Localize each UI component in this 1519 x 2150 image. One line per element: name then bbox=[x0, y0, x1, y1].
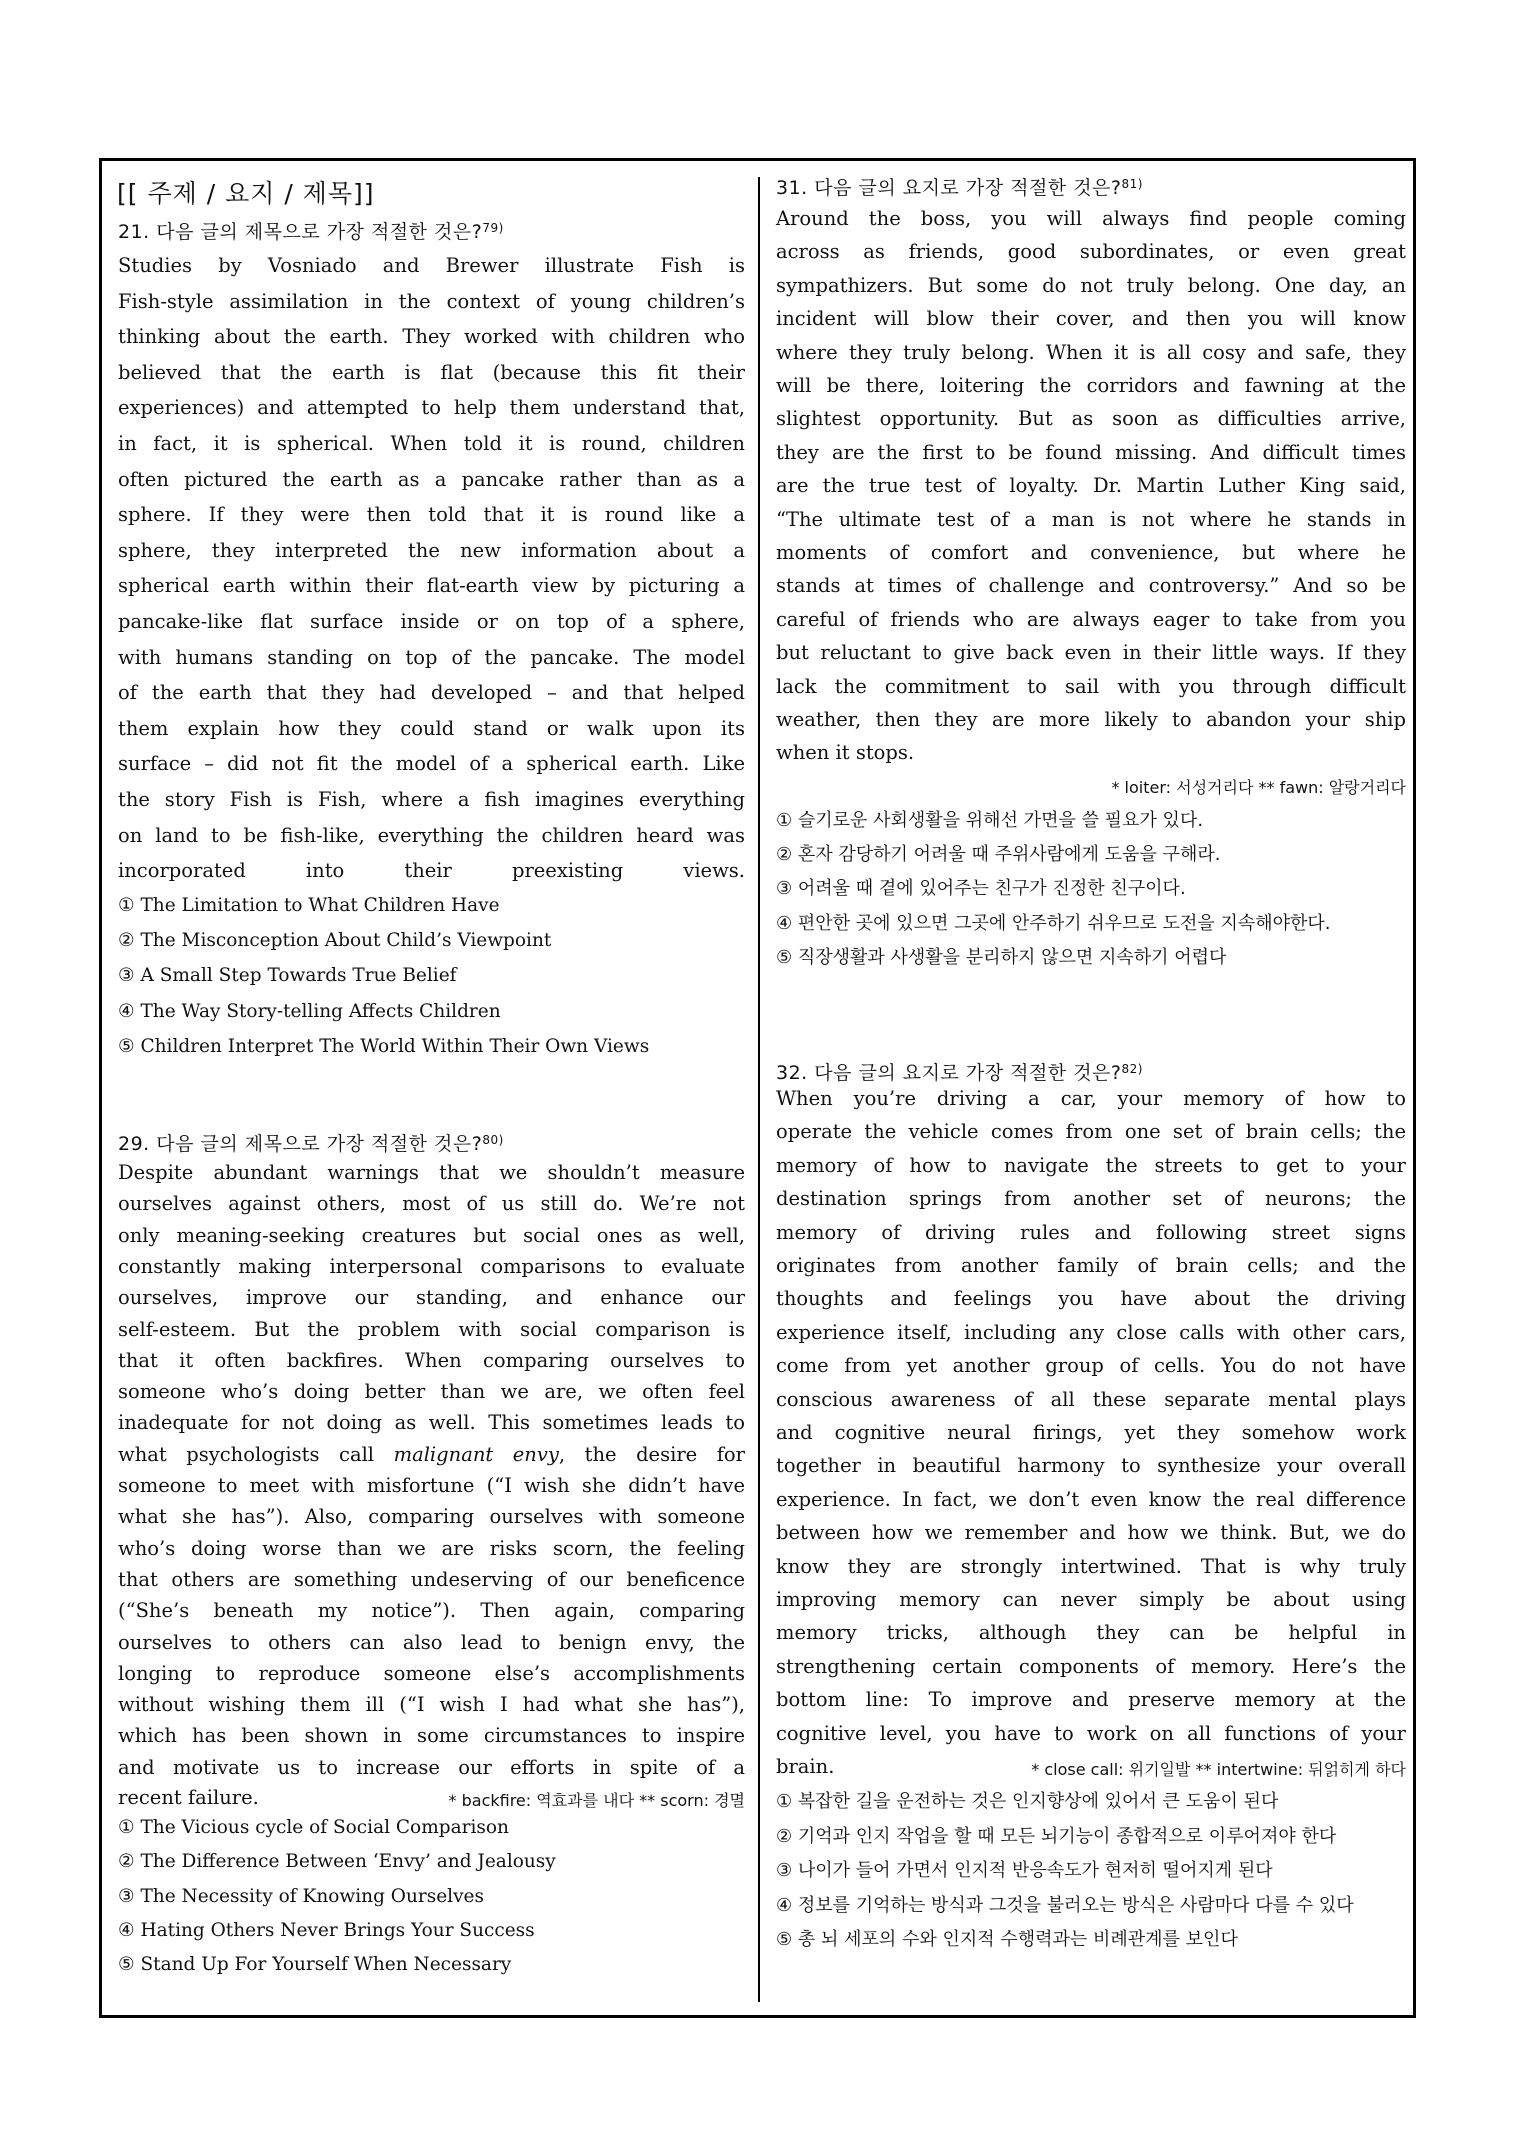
column-divider bbox=[758, 177, 760, 2002]
q31-passage-line: they are the first to be found missing. … bbox=[776, 441, 1406, 464]
q31-passage-line: lack the commitment to sail with you thr… bbox=[776, 675, 1406, 698]
q29-passage-line: Despite abundant warnings that we should… bbox=[118, 1161, 745, 1184]
q21-passage-line: with humans standing on top of the panca… bbox=[118, 646, 745, 669]
q29-passage-line: (“She’s beneath my notice”). Then again,… bbox=[118, 1599, 745, 1622]
q32-last-text: brain. bbox=[776, 1755, 834, 1778]
q21-passage-line: incorporated into their preexisting view… bbox=[118, 859, 745, 882]
q21-passage-line: Fish-style assimilation in the context o… bbox=[118, 290, 745, 313]
q29-passage-line: someone to meet with misfortune (“I wish… bbox=[118, 1474, 745, 1497]
q32-passage-line: conscious awareness of all these separat… bbox=[776, 1388, 1406, 1411]
q32-option-5[interactable]: ⑤ 총 뇌 세포의 수와 인지적 수행력과는 비례관계를 보인다 bbox=[776, 1925, 1238, 1951]
q32-passage-line: memory tricks, although they can be help… bbox=[776, 1621, 1406, 1644]
q21-passage-line: surface – did not fit the model of a sph… bbox=[118, 752, 745, 775]
q32-passage-line: improving memory can never simply be abo… bbox=[776, 1588, 1406, 1611]
q32-passage-line: strengthening certain components of memo… bbox=[776, 1655, 1406, 1678]
q21-passage-line: on land to be fish-like, everything the … bbox=[118, 824, 745, 847]
q29-passage-line: someone who’s doing better than we are, … bbox=[118, 1380, 745, 1403]
q29-passage-line: that others are something undeserving of… bbox=[118, 1568, 745, 1591]
q31-footnote: 81) bbox=[1122, 177, 1143, 191]
q21-option-5[interactable]: ⑤ Children Interpret The World Within Th… bbox=[118, 1036, 649, 1057]
q32-passage-line: When you’re driving a car, your memory o… bbox=[776, 1087, 1406, 1110]
q29-option-4[interactable]: ④ Hating Others Never Brings Your Succes… bbox=[118, 1920, 535, 1941]
q32-passage-line: bottom line: To improve and preserve mem… bbox=[776, 1688, 1406, 1711]
q29-passage-line: longing to reproduce someone else’s acco… bbox=[118, 1662, 745, 1685]
q32-passage-line: destination springs from another set of … bbox=[776, 1187, 1406, 1210]
q32-option-4[interactable]: ④ 정보를 기억하는 방식과 그것을 불러오는 방식은 사람마다 다를 수 있다 bbox=[776, 1891, 1354, 1917]
q32-footnote: 82) bbox=[1122, 1062, 1143, 1076]
q32-passage-line: between how we remember and how we think… bbox=[776, 1521, 1406, 1544]
q29-last-line: recent failure. * backfire: 역효과를 내다 ** s… bbox=[118, 1786, 745, 1809]
q31-passage-line: sympathizers. But some do not truly belo… bbox=[776, 274, 1406, 297]
q21-option-1[interactable]: ① The Limitation to What Children Have bbox=[118, 895, 500, 916]
q31-passage-line: stands at times of challenge and controv… bbox=[776, 574, 1406, 597]
q32-passage-line: and cognitive neural firings, yet they s… bbox=[776, 1421, 1406, 1444]
q32-passage-line: memory of how to navigate the streets to… bbox=[776, 1154, 1406, 1177]
q29-passage-line: inadequate for not doing as well. This s… bbox=[118, 1411, 745, 1434]
q32-heading-text: 32. 다음 글의 요지로 가장 적절한 것은? bbox=[776, 1062, 1122, 1084]
q29-glossary: * backfire: 역효과를 내다 ** scorn: 경멸 bbox=[449, 1788, 745, 1811]
q31-passage-line: “The ultimate test of a man is not where… bbox=[776, 508, 1406, 531]
q29-passage-line: only meaning-seeking creatures but socia… bbox=[118, 1224, 745, 1247]
q32-option-2[interactable]: ② 기억과 인지 작업을 할 때 모든 뇌기능이 종합적으로 이루어져야 한다 bbox=[776, 1822, 1336, 1848]
q32-passage-line: experience itself, including any close c… bbox=[776, 1321, 1406, 1344]
q32-passage-line: thoughts and feelings you have about the… bbox=[776, 1287, 1406, 1310]
q31-option-3[interactable]: ③ 어려울 때 곁에 있어주는 친구가 진정한 친구이다. bbox=[776, 874, 1186, 900]
q32-option-1[interactable]: ① 복잡한 길을 운전하는 것은 인지향상에 있어서 큰 도움이 된다 bbox=[776, 1787, 1278, 1813]
q29-option-1[interactable]: ① The Vicious cycle of Social Comparison bbox=[118, 1817, 509, 1838]
q21-option-4[interactable]: ④ The Way Story-telling Affects Children bbox=[118, 1001, 501, 1022]
q31-passage-line: careful of friends who are always eager … bbox=[776, 608, 1406, 631]
q31-option-5[interactable]: ⑤ 직장생활과 사생활을 분리하지 않으면 지속하기 어렵다 bbox=[776, 943, 1226, 969]
q21-passage-line: spherical earth within their flat-earth … bbox=[118, 574, 745, 597]
q29-passage-line: without wishing them ill (“I wish I had … bbox=[118, 1693, 745, 1716]
q21-passage-line: in fact, it is spherical. When told it i… bbox=[118, 432, 745, 455]
q29-last-text: recent failure. bbox=[118, 1786, 259, 1809]
q21-passage-line: of the earth that they had developed – a… bbox=[118, 681, 745, 704]
q29-passage-line: who’s doing worse than we are risks scor… bbox=[118, 1537, 745, 1560]
q21-option-3[interactable]: ③ A Small Step Towards True Belief bbox=[118, 965, 457, 986]
q21-passage-line: sphere, they interpreted the new informa… bbox=[118, 539, 745, 562]
q32-passage-line: cognitive level, you have to work on all… bbox=[776, 1722, 1406, 1745]
q29-passage-line: what psychologists call malignant envy, … bbox=[118, 1443, 745, 1466]
q21-passage-line: the story Fish is Fish, where a fish ima… bbox=[118, 788, 745, 811]
q32-last-line: brain. * close call: 위기일발 ** intertwine:… bbox=[776, 1755, 1406, 1778]
q29-passage-line: constantly making interpersonal comparis… bbox=[118, 1255, 745, 1278]
q29-passage-line: what she has”). Also, comparing ourselve… bbox=[118, 1505, 745, 1528]
q31-passage-line: where they truly belong. When it is all … bbox=[776, 341, 1406, 364]
q31-heading: 31. 다음 글의 요지로 가장 적절한 것은?81) bbox=[776, 173, 1143, 200]
q29-passage-line: ourselves against others, most of us sti… bbox=[118, 1192, 745, 1215]
q29-heading: 29. 다음 글의 제목으로 가장 적절한 것은?80) bbox=[118, 1129, 504, 1156]
q32-passage-line: operate the vehicle comes from one set o… bbox=[776, 1120, 1406, 1143]
q32-glossary: * close call: 위기일발 ** intertwine: 뒤얽히게 하… bbox=[1031, 1757, 1406, 1780]
q21-passage-line: Studies by Vosniado and Brewer illustrat… bbox=[118, 254, 745, 277]
q31-passage-line: slightest opportunity. But as soon as di… bbox=[776, 407, 1406, 430]
q21-heading-text: 21. 다음 글의 제목으로 가장 적절한 것은? bbox=[118, 221, 482, 243]
q32-option-3[interactable]: ③ 나이가 들어 가면서 인지적 반응속도가 현저히 떨어지게 된다 bbox=[776, 1856, 1273, 1882]
q31-glossary: * loiter: 서성거리다 ** fawn: 알랑거리다 bbox=[776, 775, 1406, 798]
q21-passage-line: thinking about the earth. They worked wi… bbox=[118, 325, 745, 348]
q21-heading: 21. 다음 글의 제목으로 가장 적절한 것은?79) bbox=[118, 217, 504, 244]
q31-option-1[interactable]: ① 슬기로운 사회생활을 위해선 가면을 쓸 필요가 있다. bbox=[776, 806, 1203, 832]
q21-footnote: 79) bbox=[482, 221, 503, 235]
q31-passage-line: will be there, loitering the corridors a… bbox=[776, 374, 1406, 397]
section-heading: [[ 주제 / 요지 / 제목]] bbox=[117, 174, 375, 210]
q21-passage-line: experiences) and attempted to help them … bbox=[118, 396, 745, 419]
q21-passage-line: pancake-like flat surface inside or on t… bbox=[118, 610, 745, 633]
q31-heading-text: 31. 다음 글의 요지로 가장 적절한 것은? bbox=[776, 177, 1122, 199]
q29-passage-line: self-esteem. But the problem with social… bbox=[118, 1318, 745, 1341]
q31-passage-line: across as friends, good subordinates, or… bbox=[776, 240, 1406, 263]
q21-option-2[interactable]: ② The Misconception About Child’s Viewpo… bbox=[118, 930, 551, 951]
q31-passage-line: Around the boss, you will always find pe… bbox=[776, 207, 1406, 230]
q29-option-3[interactable]: ③ The Necessity of Knowing Ourselves bbox=[118, 1886, 484, 1907]
q21-passage-line: believed that the earth is flat (because… bbox=[118, 361, 745, 384]
q31-option-4[interactable]: ④ 편안한 곳에 있으면 그곳에 안주하기 쉬우므로 도전을 지속해야한다. bbox=[776, 909, 1331, 935]
q29-footnote: 80) bbox=[482, 1133, 503, 1147]
q29-option-5[interactable]: ⑤ Stand Up For Yourself When Necessary bbox=[118, 1954, 511, 1975]
q21-passage-line: often pictured the earth as a pancake ra… bbox=[118, 468, 745, 491]
q21-passage-line: them explain how they could stand or wal… bbox=[118, 717, 745, 740]
q32-passage-line: come from yet another group of cells. Yo… bbox=[776, 1354, 1406, 1377]
q21-passage-line: sphere. If they were then told that it i… bbox=[118, 503, 745, 526]
q29-heading-text: 29. 다음 글의 제목으로 가장 적절한 것은? bbox=[118, 1133, 482, 1155]
q31-passage-line: moments of comfort and convenience, but … bbox=[776, 541, 1406, 564]
q29-passage-line: ourselves to others can also lead to ben… bbox=[118, 1631, 745, 1654]
q29-option-2[interactable]: ② The Difference Between ‘Envy’ and Jeal… bbox=[118, 1851, 556, 1872]
q29-passage-line: ourselves, improve our standing, and enh… bbox=[118, 1286, 745, 1309]
q32-passage-line: together in beautiful harmony to synthes… bbox=[776, 1454, 1406, 1477]
q31-last-line: when it stops. bbox=[776, 741, 914, 764]
q32-passage-line: know they are strongly intertwined. That… bbox=[776, 1555, 1406, 1578]
q31-passage-line: but reluctant to give back even in their… bbox=[776, 641, 1406, 664]
q29-passage-line: that it often backfires. When comparing … bbox=[118, 1349, 745, 1372]
q32-passage-line: originates from another family of brain … bbox=[776, 1254, 1406, 1277]
q32-heading: 32. 다음 글의 요지로 가장 적절한 것은?82) bbox=[776, 1058, 1143, 1085]
q32-passage-line: experience. In fact, we don’t even know … bbox=[776, 1488, 1406, 1511]
q31-passage-line: are the true test of loyalty. Dr. Martin… bbox=[776, 474, 1406, 497]
q29-passage-line: and motivate us to increase our efforts … bbox=[118, 1756, 745, 1779]
q31-passage-line: incident will blow their cover, and then… bbox=[776, 307, 1406, 330]
q31-option-2[interactable]: ② 혼자 감당하기 어려울 때 주위사람에게 도움을 구해라. bbox=[776, 840, 1220, 866]
q32-passage-line: memory of driving rules and following st… bbox=[776, 1221, 1406, 1244]
q31-passage-line: weather, then they are more likely to ab… bbox=[776, 708, 1406, 731]
q29-passage-line: which has been shown in some circumstanc… bbox=[118, 1724, 745, 1747]
